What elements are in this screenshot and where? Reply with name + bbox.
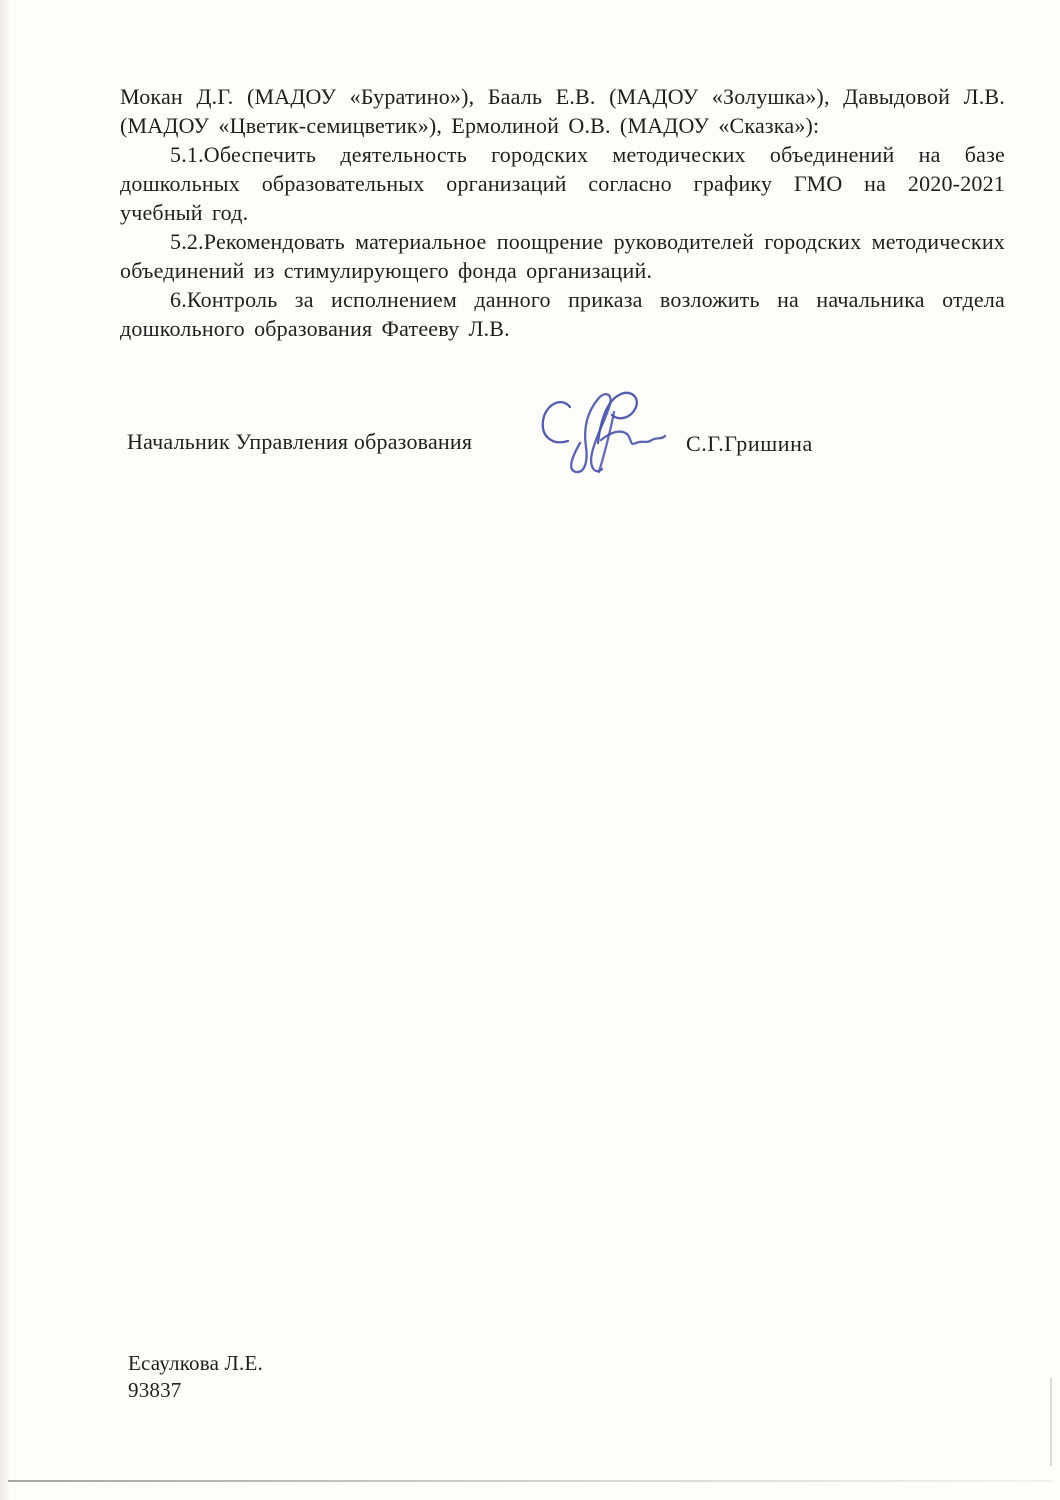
signatory-title: Начальник Управления образования	[127, 429, 472, 455]
executor-name: Есаулкова Л.Е.	[128, 1350, 263, 1377]
signatory-name: С.Г.Гришина	[686, 431, 813, 457]
paragraph-6: 6.Контроль за исполнением данного приказ…	[120, 285, 1005, 343]
executor-block: Есаулкова Л.Е. 93837	[128, 1350, 263, 1404]
scan-edge-right	[1050, 1378, 1052, 1466]
paragraph-5-2: 5.2.Рекомендовать материальное поощрение…	[120, 227, 1005, 285]
scan-edge-left	[0, 0, 10, 1500]
intro-paragraph: Мокан Д.Г. (МАДОУ «Буратино»), Бааль Е.В…	[120, 82, 1005, 140]
handwritten-signature	[528, 383, 680, 495]
document-body: Мокан Д.Г. (МАДОУ «Буратино»), Бааль Е.В…	[120, 82, 1005, 343]
executor-phone: 93837	[128, 1377, 263, 1404]
scan-edge-bottom	[8, 1480, 1054, 1482]
scanned-document-page: Мокан Д.Г. (МАДОУ «Буратино»), Бааль Е.В…	[0, 0, 1060, 1500]
paragraph-5-1: 5.1.Обеспечить деятельность городских ме…	[120, 140, 1005, 227]
